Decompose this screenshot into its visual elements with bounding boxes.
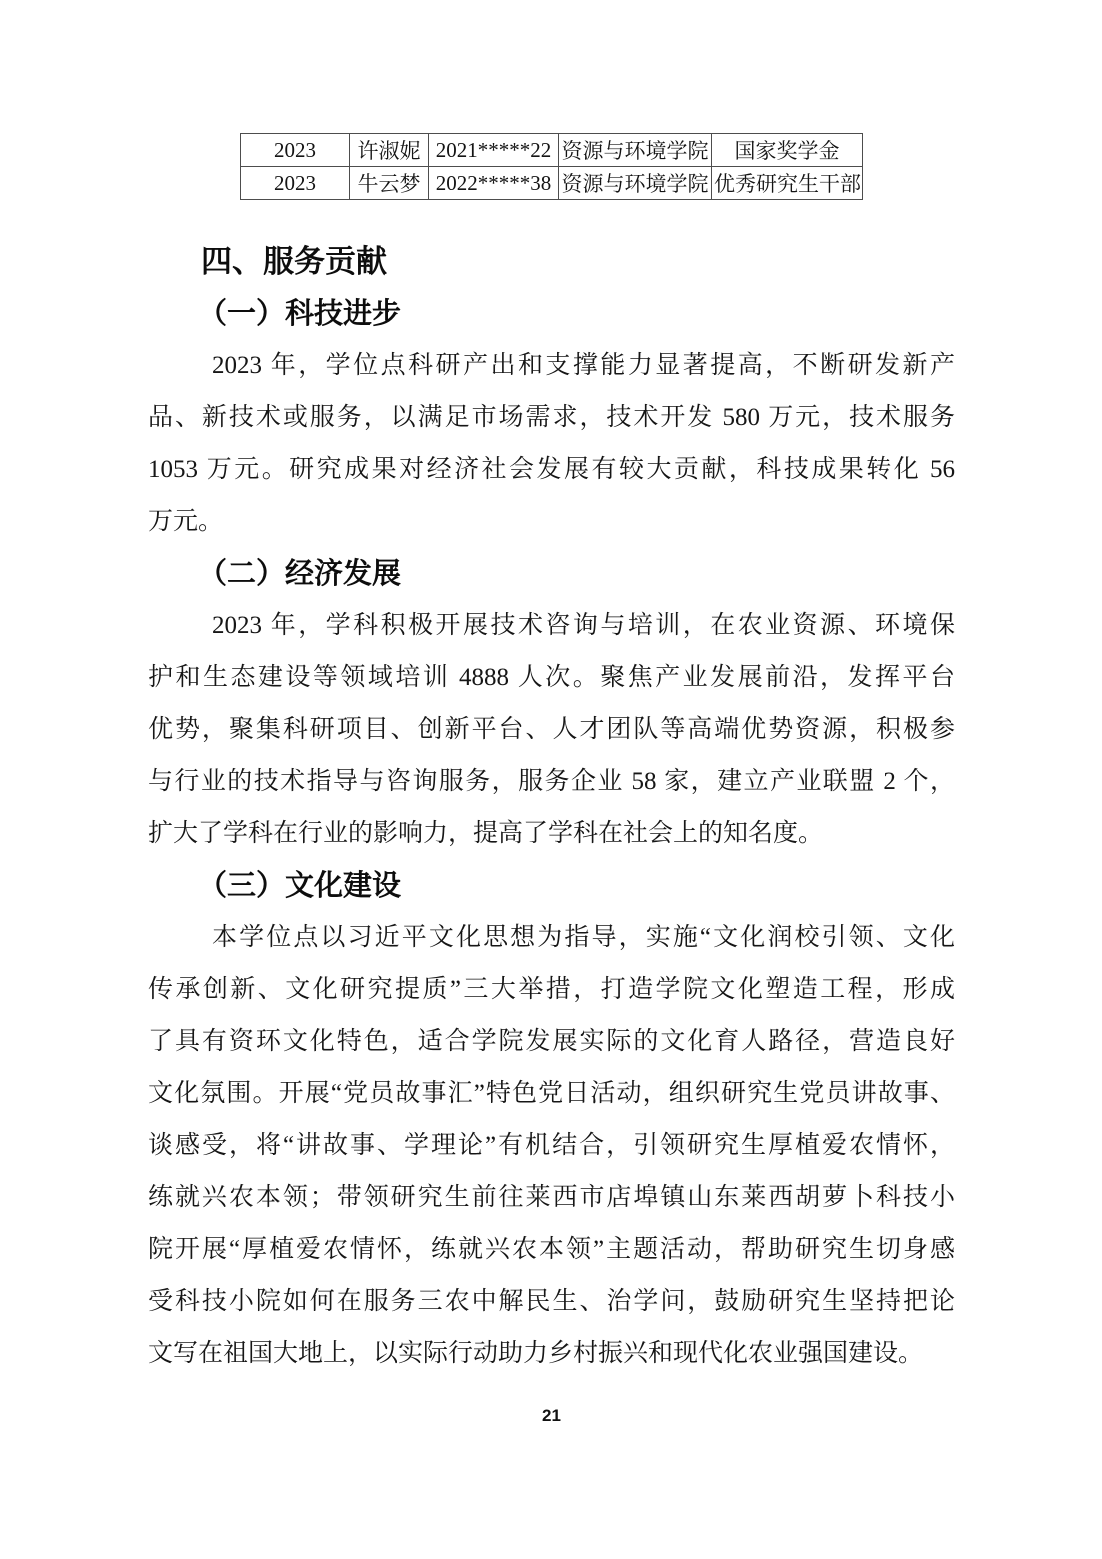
college-cell: 资源与环境学院 xyxy=(559,167,712,200)
college-cell: 资源与环境学院 xyxy=(559,134,712,167)
paragraph-line: 受科技小院如何在服务三农中解民生、治学问，鼓励研究生坚持把论 xyxy=(148,1276,955,1328)
paragraph-economic-development: 2023 年，学科积极开展技术咨询与培训，在农业资源、环境保 护和生态建设等领域… xyxy=(148,600,955,860)
paragraph-line: 文写在祖国大地上，以实际行动助力乡村振兴和现代化农业强国建设。 xyxy=(148,1328,955,1380)
document-page: 2023 许淑妮 2021*****22 资源与环境学院 国家奖学金 2023 … xyxy=(0,0,1102,1559)
paragraph-line: 传承创新、文化研究提质”三大举措，打造学院文化塑造工程，形成 xyxy=(148,964,955,1016)
paragraph-line: 了具有资环文化特色，适合学院发展实际的文化育人路径，营造良好 xyxy=(148,1016,955,1068)
award-cell: 国家奖学金 xyxy=(712,134,863,167)
table-row: 2023 许淑妮 2021*****22 资源与环境学院 国家奖学金 xyxy=(241,134,863,167)
awards-table: 2023 许淑妮 2021*****22 资源与环境学院 国家奖学金 2023 … xyxy=(240,133,863,200)
year-cell: 2023 xyxy=(241,134,350,167)
paragraph-sci-tech-progress: 2023 年，学位点科研产出和支撑能力显著提高，不断研发新产 品、新技术或服务，… xyxy=(148,340,955,548)
paragraph-line: 品、新技术或服务，以满足市场需求，技术开发 580 万元，技术服务 xyxy=(148,392,955,444)
paragraph-line: 扩大了学科在行业的影响力，提高了学科在社会上的知名度。 xyxy=(148,808,955,860)
paragraph-line: 万元。 xyxy=(148,496,955,548)
paragraph-line: 2023 年，学科积极开展技术咨询与培训，在农业资源、环境保 xyxy=(148,600,955,652)
heading-economic-development: （二）经济发展 xyxy=(148,548,955,600)
paragraph-line: 练就兴农本领；带领研究生前往莱西市店埠镇山东莱西胡萝卜科技小 xyxy=(148,1172,955,1224)
award-cell: 优秀研究生干部 xyxy=(712,167,863,200)
heading-sci-tech-progress: （一）科技进步 xyxy=(148,288,955,340)
paragraph-line: 谈感受，将“讲故事、学理论”有机结合，引领研究生厚植爱农情怀， xyxy=(148,1120,955,1172)
heading-culture-building: （三）文化建设 xyxy=(148,860,955,912)
name-cell: 许淑妮 xyxy=(350,134,429,167)
paragraph-culture-building: 本学位点以习近平文化思想为指导，实施“文化润校引领、文化 传承创新、文化研究提质… xyxy=(148,912,955,1380)
paragraph-line: 优势，聚集科研项目、创新平台、人才团队等高端优势资源，积极参 xyxy=(148,704,955,756)
name-cell: 牛云梦 xyxy=(350,167,429,200)
paragraph-line: 护和生态建设等领域培训 4888 人次。聚焦产业发展前沿，发挥平台 xyxy=(148,652,955,704)
paragraph-line: 2023 年，学位点科研产出和支撑能力显著提高，不断研发新产 xyxy=(148,340,955,392)
page-number: 21 xyxy=(148,1406,955,1426)
heading-service-contribution: 四、服务贡献 xyxy=(148,236,955,288)
table-row: 2023 牛云梦 2022*****38 资源与环境学院 优秀研究生干部 xyxy=(241,167,863,200)
student-id-cell: 2021*****22 xyxy=(429,134,559,167)
paragraph-line: 本学位点以习近平文化思想为指导，实施“文化润校引领、文化 xyxy=(148,912,955,964)
paragraph-line: 院开展“厚植爱农情怀，练就兴农本领”主题活动，帮助研究生切身感 xyxy=(148,1224,955,1276)
student-id-cell: 2022*****38 xyxy=(429,167,559,200)
year-cell: 2023 xyxy=(241,167,350,200)
paragraph-line: 1053 万元。研究成果对经济社会发展有较大贡献，科技成果转化 56 xyxy=(148,444,955,496)
paragraph-line: 文化氛围。开展“党员故事汇”特色党日活动，组织研究生党员讲故事、 xyxy=(148,1068,955,1120)
paragraph-line: 与行业的技术指导与咨询服务，服务企业 58 家，建立产业联盟 2 个， xyxy=(148,756,955,808)
